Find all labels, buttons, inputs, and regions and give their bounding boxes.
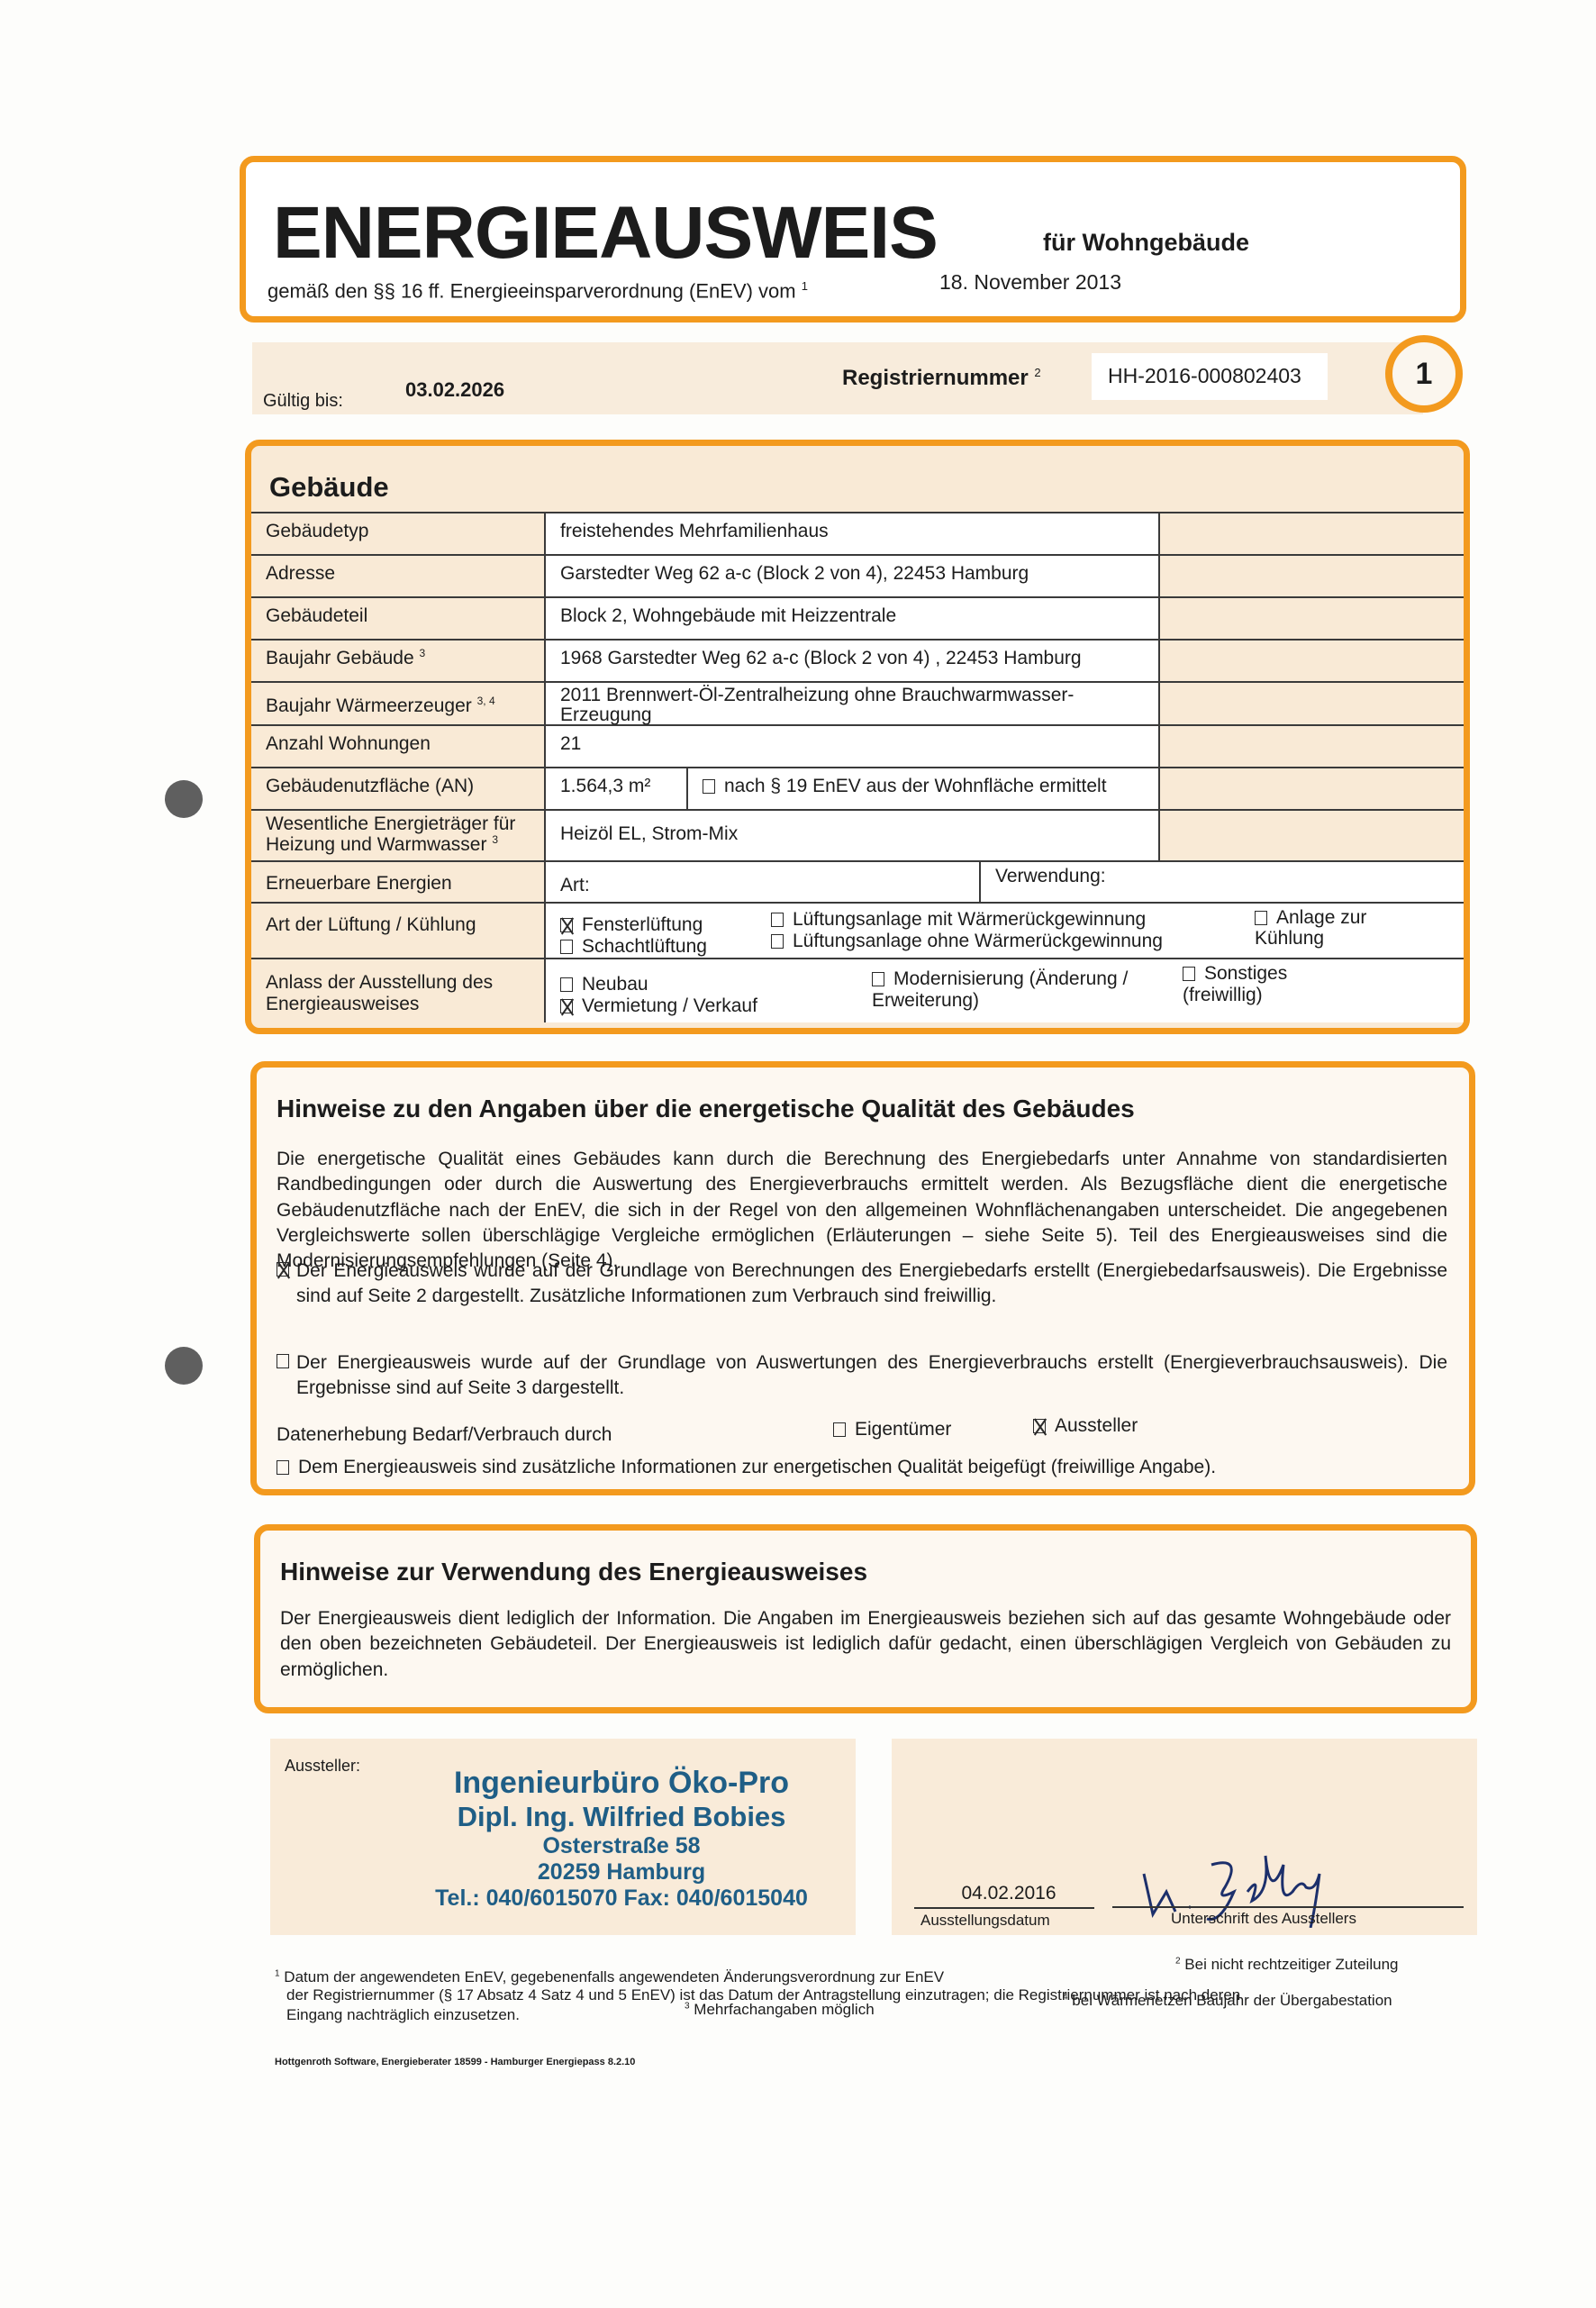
registration-label: Registriernummer 2 — [842, 366, 1041, 391]
checkbox-icon[interactable] — [771, 934, 784, 949]
option-label: Lüftungsanlage mit Wärmerückgewinnung — [793, 909, 1146, 930]
option-owner[interactable]: Eigentümer — [833, 1419, 951, 1440]
option-additional-info[interactable]: Dem Energieausweis sind zusätzliche Info… — [277, 1457, 1216, 1478]
checkbox-checked-icon[interactable] — [560, 999, 573, 1013]
option-label: Lüftungsanlage ohne Wärmerückgewinnung — [793, 931, 1163, 951]
table-row: Erneuerbare Energien Art: Verwendung: — [251, 860, 1464, 902]
stamp-phone-fax: Tel.: 040/6015070 Fax: 040/6015040 — [405, 1885, 838, 1912]
option-label: Schachtlüftung — [582, 936, 707, 957]
footnote-text: Mehrfachangaben möglich — [694, 2001, 874, 2018]
footnote-4: 4 bei Wärmenetzen Baujahr der Übergabest… — [1063, 1991, 1392, 2010]
stamp-name: Dipl. Ing. Wilfried Bobies — [405, 1801, 838, 1833]
footnote-ref: 3 — [492, 833, 498, 846]
footnote-mark: 2 — [1175, 1956, 1181, 1966]
regulation-date: 18. November 2013 — [939, 270, 1121, 295]
table-row: Wesentliche Energieträger für Heizung un… — [251, 809, 1464, 860]
table-row: Gebäudetyp freistehendes Mehrfamilienhau… — [251, 512, 1464, 554]
valid-until-date: 03.02.2026 — [405, 378, 504, 402]
row-label: Gebäudeteil — [251, 598, 546, 639]
section-title: Hinweise zur Verwendung des Energieauswe… — [280, 1558, 867, 1586]
section-title: Gebäude — [269, 471, 389, 504]
punch-hole-top — [165, 780, 203, 818]
option-label: Fensterlüftung — [582, 914, 703, 935]
occasion-options: Neubau Vermietung / Verkauf Modernisieru… — [546, 959, 1464, 1022]
option-consumption-certificate[interactable]: Der Energieausweis wurde auf der Grundla… — [277, 1350, 1447, 1402]
option-label: Eigentümer — [855, 1419, 951, 1440]
issuer-stamp-area: Aussteller: Ingenieurbüro Öko-Pro Dipl. … — [270, 1739, 856, 1935]
row-label: Anlass der Ausstellung des Energieauswei… — [251, 959, 546, 1022]
regulation-text: gemäß den §§ 16 ff. Energieeinsparverord… — [268, 279, 808, 303]
checkbox-icon[interactable] — [771, 913, 784, 927]
option-lueftung-ohne-wrg[interactable]: Lüftungsanlage ohne Wärmerückgewinnung — [771, 931, 1163, 952]
punch-hole-bottom — [165, 1347, 203, 1385]
data-collection-label: Datenerhebung Bedarf/Verbrauch durch — [277, 1424, 612, 1446]
footnote-ref: 1 — [802, 279, 808, 293]
stamp-street: Osterstraße 58 — [405, 1833, 838, 1859]
footnote-text: Datum der angewendeten EnEV, gegebenenfa… — [284, 1968, 944, 1985]
option-text: Der Energieausweis wurde auf der Grundla… — [296, 1352, 1447, 1398]
registration-number: HH-2016-000802403 — [1092, 353, 1328, 400]
intro-text: Die energetische Qualität eines Gebäudes… — [277, 1147, 1447, 1275]
option-label: nach § 19 EnEV aus der Wohnfläche ermitt… — [724, 776, 1107, 796]
option-vermietung-verkauf[interactable]: Vermietung / Verkauf — [560, 995, 757, 1017]
row-label: Art der Lüftung / Kühlung — [251, 904, 546, 958]
issuer-label: Aussteller: — [285, 1757, 360, 1776]
row-label: Baujahr Gebäude 3 — [251, 641, 546, 681]
row-value: Heizöl EL, Strom-Mix — [546, 811, 1160, 860]
divider — [914, 1907, 1094, 1909]
footnote-text: Bei nicht rechtzeitiger Zuteilung — [1184, 1956, 1398, 1973]
checkbox-icon[interactable] — [1255, 911, 1267, 925]
option-label: Modernisierung (Änderung / Erweiterung) — [872, 968, 1128, 1011]
footnote-ref: 3, 4 — [477, 695, 495, 707]
checkbox-icon[interactable] — [560, 940, 573, 954]
table-row-occasion: Anlass der Ausstellung des Energieauswei… — [251, 958, 1464, 1022]
table-row: Gebäudeteil Block 2, Wohngebäude mit Hei… — [251, 596, 1464, 639]
registration-label-text: Registriernummer — [842, 366, 1029, 390]
row-value: 1968 Garstedter Weg 62 a-c (Block 2 von … — [546, 641, 1160, 681]
checkbox-checked-icon[interactable] — [560, 918, 573, 932]
usage-notes-section: Hinweise zur Verwendung des Energieauswe… — [254, 1524, 1477, 1713]
signature-label: Unterschrift des Ausstellers — [1171, 1910, 1356, 1928]
option-label: Anlage zur Kühlung — [1255, 907, 1366, 949]
row-value: Block 2, Wohngebäude mit Heizzentrale — [546, 598, 1160, 639]
row-label: Baujahr Wärmeerzeuger 3, 4 — [251, 683, 546, 724]
page-number-badge: 1 — [1385, 335, 1463, 413]
row-value: 21 — [546, 726, 1160, 767]
option-schachtlueftung[interactable]: Schachtlüftung — [560, 936, 707, 958]
ventilation-options: Fensterlüftung Schachtlüftung Lüftungsan… — [546, 904, 1464, 958]
area-option: nach § 19 EnEV aus der Wohnfläche ermitt… — [688, 768, 1160, 809]
checkbox-checked-icon[interactable] — [1033, 1419, 1046, 1433]
row-label-text: Wesentliche Energieträger für Heizung un… — [266, 813, 515, 855]
footnote-1: 1 Datum der angewendeten EnEV, gegebenen… — [275, 1967, 944, 1986]
option-sonstiges[interactable]: Sonstiges (freiwillig) — [1183, 963, 1318, 1006]
quality-notes-section: Hinweise zu den Angaben über die energet… — [250, 1061, 1475, 1495]
row-label: Gebäudenutzfläche (AN) — [251, 768, 546, 809]
option-fensterlueftung[interactable]: Fensterlüftung — [560, 914, 703, 936]
row-value: Garstedter Weg 62 a-c (Block 2 von 4), 2… — [546, 556, 1160, 596]
renewable-use: Verwendung: — [981, 862, 1464, 902]
row-label-text: Baujahr Gebäude — [266, 648, 414, 668]
option-modernisierung[interactable]: Modernisierung (Änderung / Erweiterung) — [872, 968, 1133, 1012]
document-title: ENERGIEAUSWEIS — [273, 196, 938, 270]
footnote-ref: 3 — [419, 647, 425, 659]
issue-date: 04.02.2016 — [928, 1883, 1090, 1904]
row-value: 1.564,3 m² — [546, 768, 688, 809]
validity-bar: Gültig bis: 03.02.2026 Registriernummer … — [252, 342, 1423, 414]
checkbox-icon[interactable] — [560, 977, 573, 992]
checkbox-icon[interactable] — [277, 1354, 289, 1368]
option-label: Neubau — [582, 974, 648, 995]
software-credit: Hottgenroth Software, Energieberater 185… — [275, 2057, 635, 2067]
table-row: Gebäudenutzfläche (AN) 1.564,3 m² nach §… — [251, 767, 1464, 809]
energy-certificate-page: ENERGIEAUSWEIS für Wohngebäude gemäß den… — [0, 0, 1596, 2308]
renewable-type: Art: — [546, 862, 981, 902]
footnote-mark: 1 — [275, 1968, 280, 1978]
checkbox-icon[interactable] — [1183, 967, 1195, 981]
issue-date-label: Ausstellungsdatum — [920, 1912, 1050, 1930]
table-row-ventilation: Art der Lüftung / Kühlung Fensterlüftung… — [251, 902, 1464, 958]
header-box: ENERGIEAUSWEIS für Wohngebäude gemäß den… — [240, 156, 1466, 323]
table-row: Baujahr Wärmeerzeuger 3, 4 2011 Brennwer… — [251, 681, 1464, 724]
footnote-2: 2 Bei nicht rechtzeitiger Zuteilung — [1175, 1955, 1398, 1974]
footnote-3: 3 Mehrfachangaben möglich — [685, 2000, 875, 2019]
issuer-stamp: Ingenieurbüro Öko-Pro Dipl. Ing. Wilfrie… — [405, 1766, 838, 1912]
row-value: freistehendes Mehrfamilienhaus — [546, 513, 1160, 554]
option-kuehlung[interactable]: Anlage zur Kühlung — [1255, 907, 1372, 949]
checkbox-icon[interactable] — [833, 1422, 846, 1437]
option-issuer[interactable]: Aussteller — [1033, 1415, 1138, 1437]
checkbox-icon[interactable] — [277, 1460, 289, 1475]
option-lueftung-mit-wrg[interactable]: Lüftungsanlage mit Wärmerückgewinnung — [771, 909, 1146, 931]
footnote-mark: 3 — [685, 2001, 690, 2011]
section-title: Hinweise zu den Angaben über die energet… — [277, 1095, 1135, 1123]
row-label: Wesentliche Energieträger für Heizung un… — [251, 811, 546, 860]
document-subtitle: für Wohngebäude — [1043, 229, 1249, 257]
option-label: Vermietung / Verkauf — [582, 995, 757, 1016]
stamp-company: Ingenieurbüro Öko-Pro — [405, 1766, 838, 1801]
table-row: Anzahl Wohnungen 21 — [251, 724, 1464, 767]
stamp-city: 20259 Hamburg — [405, 1859, 838, 1885]
row-value: 2011 Brennwert-Öl-Zentralheizung ohne Br… — [546, 683, 1160, 724]
checkbox-wohnflaeche[interactable] — [703, 779, 715, 794]
option-text: Der Energieausweis wurde auf der Grundla… — [296, 1260, 1447, 1306]
row-label: Erneuerbare Energien — [251, 862, 546, 902]
signature-area: 04.02.2016 Ausstellungsdatum Unterschrif… — [892, 1739, 1477, 1935]
option-demand-certificate[interactable]: Der Energieausweis wurde auf der Grundla… — [277, 1258, 1447, 1310]
regulation-label: gemäß den §§ 16 ff. Energieeinsparverord… — [268, 279, 796, 302]
divider — [1112, 1906, 1464, 1908]
row-label: Gebäudetyp — [251, 513, 546, 554]
option-label: Sonstiges (freiwillig) — [1183, 963, 1287, 1005]
footnote-text: bei Wärmenetzen Baujahr der Übergabestat… — [1072, 1992, 1392, 2009]
building-table: Gebäudetyp freistehendes Mehrfamilienhau… — [251, 512, 1464, 1022]
row-label: Anzahl Wohnungen — [251, 726, 546, 767]
usage-text: Der Energieausweis dient lediglich der I… — [280, 1606, 1451, 1683]
footnote-ref: 2 — [1034, 366, 1040, 379]
valid-until-label: Gültig bis: — [263, 391, 343, 412]
footnote-2-end: Eingang nachträglich einzusetzen. — [286, 2005, 520, 2024]
footnote-mark: 4 — [1063, 1992, 1068, 2002]
building-section: Gebäude Gebäudetyp freistehendes Mehrfam… — [245, 440, 1470, 1034]
option-text: Dem Energieausweis sind zusätzliche Info… — [298, 1457, 1216, 1477]
checkbox-checked-icon[interactable] — [277, 1262, 289, 1277]
table-row: Baujahr Gebäude 3 1968 Garstedter Weg 62… — [251, 639, 1464, 681]
checkbox-icon[interactable] — [872, 972, 884, 986]
table-row: Adresse Garstedter Weg 62 a-c (Block 2 v… — [251, 554, 1464, 596]
option-label: Aussteller — [1055, 1415, 1138, 1436]
row-label: Adresse — [251, 556, 546, 596]
row-label-text: Baujahr Wärmeerzeuger — [266, 695, 472, 716]
option-neubau[interactable]: Neubau — [560, 974, 648, 995]
